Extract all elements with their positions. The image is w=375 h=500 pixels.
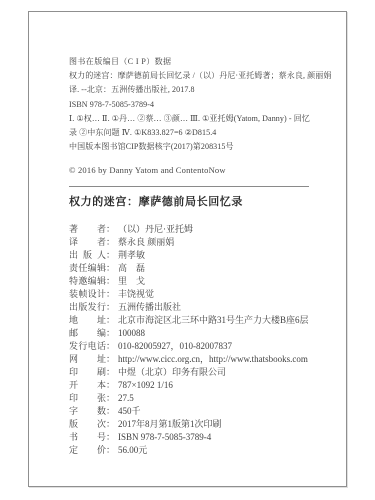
colophon-colon: ：	[106, 275, 115, 288]
colophon-label: 定价	[69, 444, 106, 457]
colophon-value: 丰饶视觉	[118, 288, 154, 301]
colophon-value: 荆孝敏	[118, 249, 145, 262]
colophon-value: 010-82005927，010-82007837	[118, 340, 232, 353]
colophon-row: 网址：http://www.cicc.org.cn，http://www.tha…	[69, 353, 309, 366]
colophon-label: 字数	[69, 405, 106, 418]
colophon-row: 字数：450千	[69, 405, 309, 418]
colophon-row: 地址：北京市海淀区北三环中路31号生产力大楼B座6层	[69, 314, 309, 327]
colophon-colon: ：	[106, 353, 115, 366]
colophon-value: 蔡永良 颜丽娟	[118, 236, 174, 249]
colophon-row: 特邀编辑：里 戈	[69, 275, 309, 288]
colophon-value: 高 磊	[118, 262, 145, 275]
colophon-row: 责任编辑：高 磊	[69, 262, 309, 275]
colophon: 著者：（以）丹尼·亚托姆 译者：蔡永良 颜丽娟 出版人：荆孝敏 责任编辑：高 磊…	[69, 223, 309, 457]
colophon-colon: ：	[106, 314, 115, 327]
colophon-label: 网址	[69, 353, 106, 366]
colophon-label: 译者	[69, 236, 106, 249]
colophon-value: 中煜（北京）印务有限公司	[118, 366, 226, 379]
colophon-colon: ：	[106, 366, 115, 379]
colophon-label: 印刷	[69, 366, 106, 379]
colophon-value: 450千	[118, 405, 141, 418]
cip-line: ISBN 978-7-5085-3789-4	[69, 98, 309, 112]
colophon-colon: ：	[106, 288, 115, 301]
colophon-colon: ：	[106, 262, 115, 275]
colophon-row: 出版人：荆孝敏	[69, 249, 309, 262]
cip-heading: 图书在版编目（C I P）数据	[69, 55, 309, 69]
colophon-colon: ：	[106, 431, 115, 444]
colophon-value: 五洲传播出版社	[118, 301, 181, 314]
colophon-value: 北京市海淀区北三环中路31号生产力大楼B座6层	[118, 314, 309, 327]
book-title: 权力的迷宫：摩萨德前局长回忆录	[69, 196, 309, 209]
colophon-row: 出版发行：五洲传播出版社	[69, 301, 309, 314]
colophon-label: 书号	[69, 431, 106, 444]
colophon-row: 定价：56.00元	[69, 444, 309, 457]
colophon-label: 著者	[69, 223, 106, 236]
colophon-value: 2017年8月第1版第1次印刷	[118, 418, 222, 431]
colophon-colon: ：	[106, 340, 115, 353]
colophon-label: 开本	[69, 379, 106, 392]
colophon-row: 印刷：中煜（北京）印务有限公司	[69, 366, 309, 379]
colophon-colon: ：	[106, 444, 115, 457]
colophon-colon: ：	[106, 405, 115, 418]
colophon-label: 出版发行	[69, 301, 106, 314]
divider-rule	[69, 186, 309, 187]
cip-block: 图书在版编目（C I P）数据 权力的迷宫：摩萨德前局长回忆录 /（以）丹尼·亚…	[69, 55, 309, 154]
colophon-label: 版次	[69, 418, 106, 431]
colophon-colon: ：	[106, 223, 115, 236]
colophon-colon: ：	[106, 249, 115, 262]
colophon-row: 装帧设计：丰饶视觉	[69, 288, 309, 301]
cip-line: 录 ②中东问题 Ⅳ. ①K833.827=6 ②D815.4	[69, 126, 309, 140]
colophon-row: 发行电话：010-82005927，010-82007837	[69, 340, 309, 353]
colophon-row: 著者：（以）丹尼·亚托姆	[69, 223, 309, 236]
colophon-label: 地址	[69, 314, 106, 327]
colophon-colon: ：	[106, 392, 115, 405]
colophon-value: 100088	[118, 327, 145, 340]
colophon-label: 装帧设计	[69, 288, 106, 301]
colophon-row: 版次：2017年8月第1版第1次印刷	[69, 418, 309, 431]
colophon-value: ISBN 978-7-5085-3789-4	[118, 431, 211, 444]
cip-line: 中国版本图书馆CIP数据核字(2017)第208315号	[69, 140, 309, 154]
colophon-row: 开本：787×1092 1/16	[69, 379, 309, 392]
colophon-value: 56.00元	[118, 444, 147, 457]
colophon-colon: ：	[106, 327, 115, 340]
colophon-label: 印张	[69, 392, 106, 405]
colophon-row: 印张：27.5	[69, 392, 309, 405]
colophon-value: 787×1092 1/16	[118, 379, 173, 392]
colophon-row: 书号：ISBN 978-7-5085-3789-4	[69, 431, 309, 444]
colophon-colon: ：	[106, 379, 115, 392]
page-content: 图书在版编目（C I P）数据 权力的迷宫：摩萨德前局长回忆录 /（以）丹尼·亚…	[69, 55, 309, 457]
cip-line: Ⅰ. ①权… Ⅱ. ①丹… ②蔡… ③颜… Ⅲ. ①亚托姆(Yatom, Dan…	[69, 112, 309, 126]
colophon-colon: ：	[106, 418, 115, 431]
colophon-label: 邮编	[69, 327, 106, 340]
colophon-row: 邮编：100088	[69, 327, 309, 340]
colophon-value: （以）丹尼·亚托姆	[118, 223, 193, 236]
colophon-value: http://www.cicc.org.cn，http://www.thatsb…	[118, 353, 308, 366]
colophon-label: 出版人	[69, 249, 106, 262]
colophon-colon: ：	[106, 236, 115, 249]
colophon-row: 译者：蔡永良 颜丽娟	[69, 236, 309, 249]
cip-line: 译. --北京：五洲传播出版社, 2017.8	[69, 83, 309, 97]
colophon-colon: ：	[106, 301, 115, 314]
colophon-value: 27.5	[118, 392, 134, 405]
colophon-label: 特邀编辑	[69, 275, 106, 288]
colophon-label: 责任编辑	[69, 262, 106, 275]
copyright-line: © 2016 by Danny Yatom and ContentoNow	[69, 164, 309, 177]
book-copyright-page: 图书在版编目（C I P）数据 权力的迷宫：摩萨德前局长回忆录 /（以）丹尼·亚…	[28, 11, 347, 487]
colophon-label: 发行电话	[69, 340, 106, 353]
colophon-value: 里 戈	[118, 275, 145, 288]
cip-line: 权力的迷宫：摩萨德前局长回忆录 /（以）丹尼·亚托姆著；蔡永良, 颜丽娟	[69, 69, 309, 83]
